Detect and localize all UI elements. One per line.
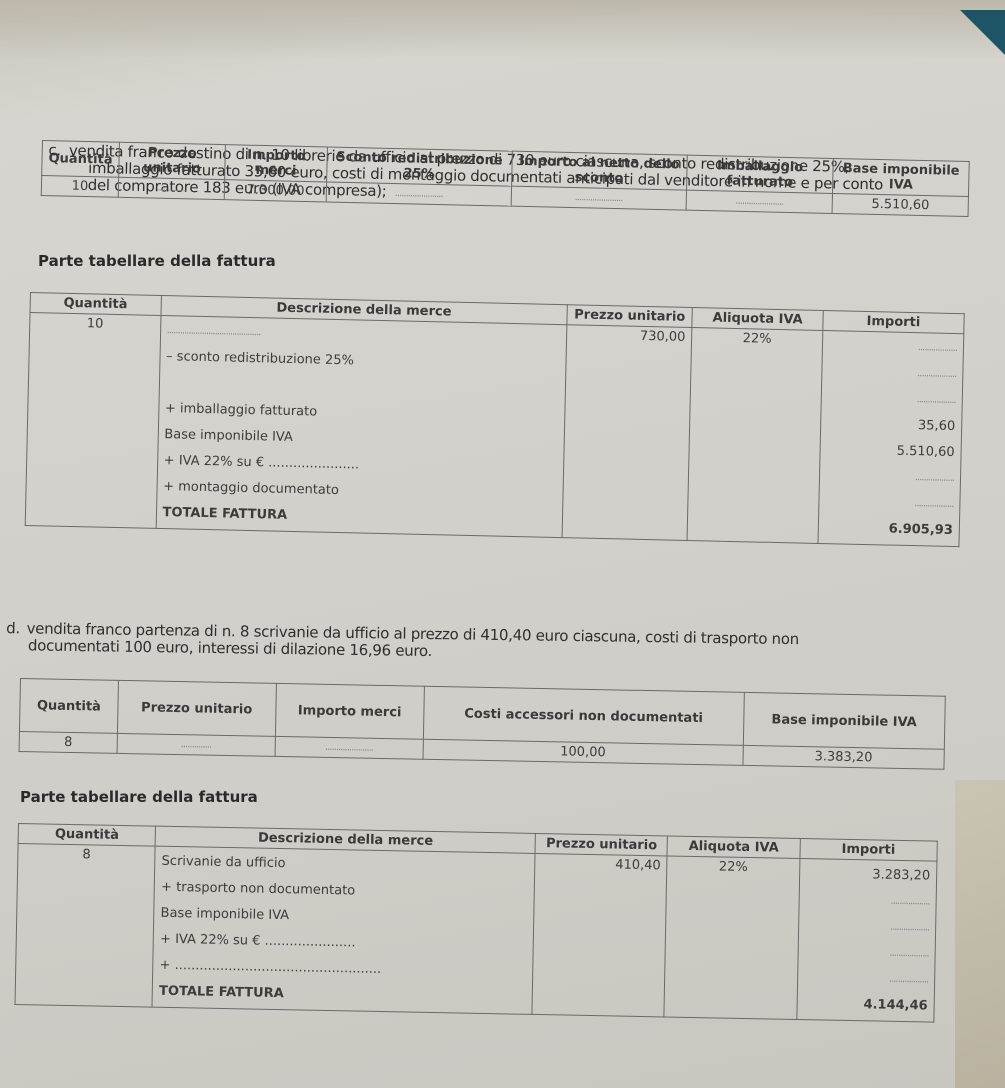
amount-value: 35,60 <box>827 411 956 440</box>
amount-blank[interactable]: .................. <box>804 939 929 967</box>
header-prezzo-unitario: Prezzo unitario <box>535 833 668 856</box>
cell-amounts: .................. .................. ..… <box>818 330 964 546</box>
header-importo-netto: Importo al netto dello sconto <box>511 151 687 190</box>
exercise-d-invoice-caption: Parte tabellare della fattura <box>20 788 258 806</box>
exercise-d-summary-table: Quantità Prezzo unitario Importo merci C… <box>19 678 946 770</box>
cell-quantity: 10 <box>25 313 160 529</box>
page-corner-accent <box>960 10 1005 55</box>
cell-description: ........................................… <box>156 315 567 537</box>
header-imballaggio: Imballaggio fatturato <box>686 155 833 193</box>
header-prezzo-unitario: Prezzo unitario <box>119 142 226 179</box>
amount-value: 3.283,20 <box>806 861 931 889</box>
header-importi: Importi <box>800 839 938 862</box>
header-prezzo-unitario: Prezzo unitario <box>117 680 276 736</box>
exercise-d-text: d. vendita franco partenza di n. 8 scriv… <box>6 620 996 668</box>
amount-blank[interactable]: .................. <box>805 913 930 941</box>
cell-prezzo-unitario-blank[interactable]: .............. <box>117 733 275 756</box>
total-amount: 4.144,46 <box>803 991 928 1019</box>
exercise-d-invoice-table: Quantità Descrizione della merce Prezzo … <box>15 823 938 1023</box>
header-quantita: Quantità <box>18 824 156 847</box>
cell-base-imponibile: 5.510,60 <box>832 193 968 216</box>
table-row: 8 Scrivanie da ufficio + trasporto non d… <box>15 844 937 1023</box>
amount-blank[interactable]: .................. <box>828 359 957 388</box>
cell-vat-rate: 22% <box>687 328 822 544</box>
cell-vat-rate: 22% <box>664 856 799 1020</box>
header-importo-merci: Importo merci <box>225 145 327 182</box>
exercise-c-invoice-table: Quantità Descrizione della merce Prezzo … <box>25 292 965 547</box>
amount-blank[interactable]: .................. <box>827 385 956 414</box>
cell-unit-price: 730,00 <box>562 325 692 541</box>
cell-amounts: 3.283,20 .................. ............… <box>796 859 936 1023</box>
cell-quantita: 8 <box>19 731 117 753</box>
header-aliquota-iva: Aliquota IVA <box>667 836 800 859</box>
exercise-c-summary-table: Quantità Prezzo unitario Importo merci S… <box>41 140 970 217</box>
cell-imballaggio-blank[interactable]: ...................... <box>686 190 833 213</box>
cell-quantity: 8 <box>15 844 155 1008</box>
header-quantita: Quantità <box>19 679 118 734</box>
header-costi-accessori: Costi accessori non documentati <box>423 686 744 745</box>
amount-blank[interactable]: .................. <box>805 887 930 915</box>
total-amount: 6.905,93 <box>824 515 953 544</box>
amount-blank[interactable]: .................. <box>829 333 958 362</box>
cell-prezzo-unitario-blank[interactable]: .............. <box>118 177 225 199</box>
table-row: 10 .....................................… <box>25 313 964 547</box>
cell-base-imponibile: 3.383,20 <box>743 745 945 769</box>
exercise-d-marker: d. <box>6 620 22 637</box>
amount-blank[interactable]: .................. <box>826 463 955 492</box>
header-base-imponibile: Base imponibile IVA <box>743 692 945 749</box>
cell-unit-price: 410,40 <box>532 853 667 1017</box>
exercise-c-invoice-caption: Parte tabellare della fattura <box>38 252 276 270</box>
header-prezzo-unitario: Prezzo unitario <box>567 305 693 328</box>
cell-importo-netto-blank[interactable]: ...................... <box>511 186 686 210</box>
cell-importo-merci-blank[interactable]: ...................... <box>275 736 424 759</box>
header-sconto: Sconto redistribuzione 25% <box>327 147 513 186</box>
header-importo-merci: Importo merci <box>275 683 424 739</box>
amount-blank[interactable]: .................. <box>804 965 929 993</box>
cell-description: Scrivanie da ufficio + trasporto non doc… <box>152 846 535 1014</box>
page-shadow <box>0 0 1005 60</box>
cell-quantita: 10 <box>41 176 118 198</box>
page-edge <box>955 780 1005 1088</box>
header-base-imponibile: Base imponibile IVA <box>833 158 969 196</box>
header-quantita: Quantità <box>42 141 120 178</box>
amount-value: 5.510,60 <box>826 437 955 466</box>
cell-importo-merci: 7.300,00 <box>225 180 327 202</box>
amount-blank[interactable]: .................. <box>825 489 954 518</box>
cell-sconto-blank[interactable]: ...................... <box>326 182 511 206</box>
